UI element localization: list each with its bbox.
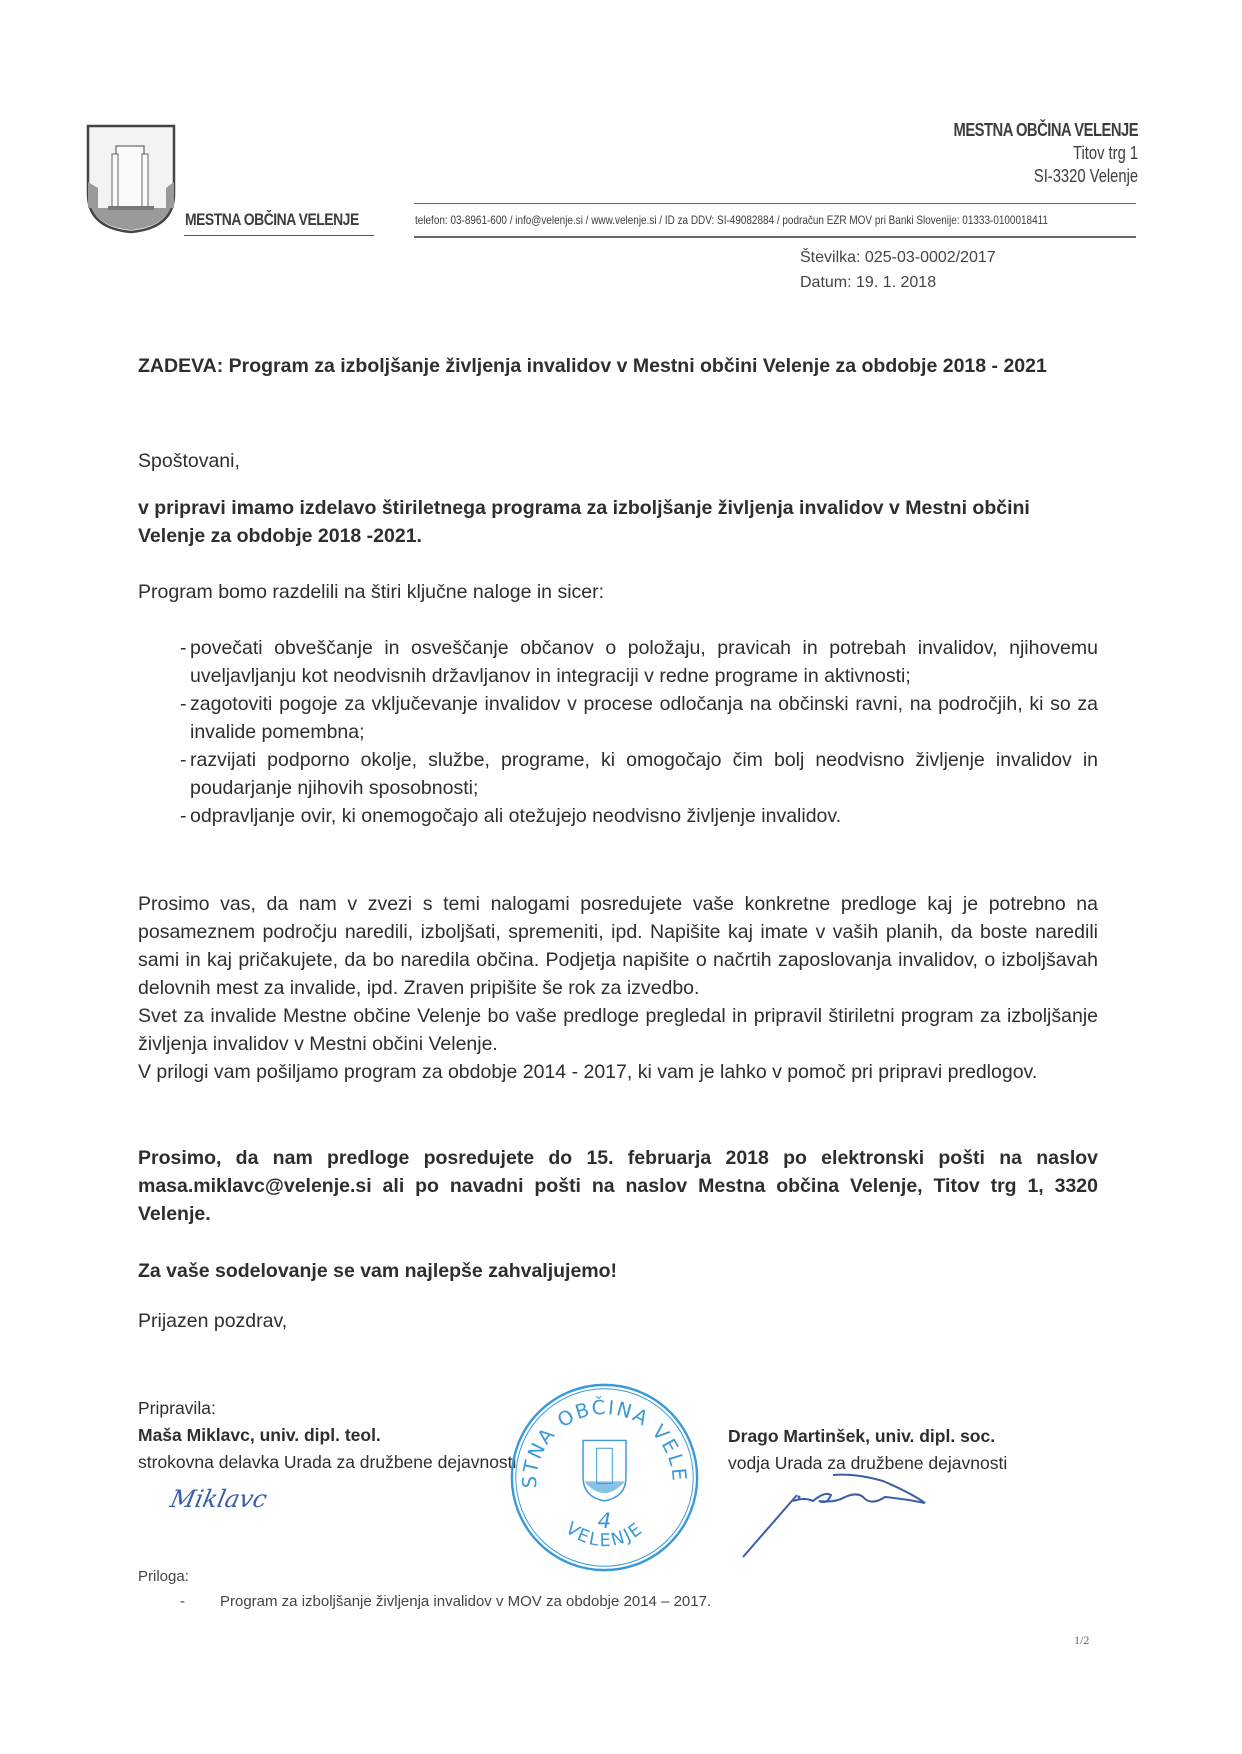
attachment-label: Priloga: [138, 1568, 189, 1585]
subject-line: ZADEVA: Program za izboljšanje življenja… [138, 352, 1098, 380]
list-item: - razvijati podporno okolje, službe, pro… [138, 746, 1098, 802]
list-item: - zagotoviti pogoje za vključevanje inva… [138, 690, 1098, 746]
signatory-name: Drago Martinšek, univ. dipl. soc. [728, 1423, 1007, 1450]
bullet-dash: - [138, 690, 190, 746]
address-line-2: SI-3320 Velenje [953, 166, 1138, 187]
request-block: Prosimo vas, da nam v zvezi s temi nalog… [138, 890, 1098, 1086]
intro-paragraph: v pripravi imamo izdelavo štiriletnega p… [138, 494, 1098, 550]
address-line-1: Titov trg 1 [953, 143, 1138, 164]
svg-text:4: 4 [598, 1509, 612, 1534]
handwritten-signature-icon: Miklavc [168, 1475, 298, 1525]
task-list: - povečati obveščanje in osveščanje obča… [138, 634, 1098, 830]
bullet-dash: - [138, 802, 190, 830]
reference-date: Datum: 19. 1. 2018 [800, 270, 996, 295]
request-paragraph: V prilogi vam pošiljamo program za obdob… [138, 1058, 1098, 1086]
contact-line: telefon: 03-8961-600 / info@velenje.si /… [415, 213, 1048, 227]
reference-number: Številka: 025-03-0002/2017 [800, 245, 996, 270]
salutation: Spoštovani, [138, 447, 1098, 475]
tasks-intro: Program bomo razdelili na štiri ključne … [138, 578, 1098, 606]
deadline-paragraph: Prosimo, da nam predloge posredujete do … [138, 1144, 1098, 1228]
thanks-line: Za vaše sodelovanje se vam najlepše zahv… [138, 1257, 1098, 1285]
official-stamp-icon: MESTNA OBČINA VELENJE VELENJE 4 [507, 1380, 702, 1575]
request-paragraph: Prosimo vas, da nam v zvezi s temi nalog… [138, 890, 1098, 1002]
coat-of-arms-icon [86, 124, 176, 234]
signatory-role: strokovna delavka Urada za družbene deja… [138, 1449, 516, 1476]
bullet-dash: - [138, 746, 190, 802]
attachment-item: - Program za izboljšanje življenja inval… [180, 1593, 711, 1610]
bullet-dash: - [180, 1593, 220, 1610]
svg-text:MESTNA OBČINA VELENJE: MESTNA OBČINA VELENJE [507, 1380, 691, 1488]
closing-greeting: Prijazen pozdrav, [138, 1307, 1098, 1335]
request-paragraph: Svet za invalide Mestne občine Velenje b… [138, 1002, 1098, 1058]
prepared-by-label: Pripravila: [138, 1395, 516, 1422]
org-address-block: MESTNA OBČINA VELENJE Titov trg 1 SI-332… [913, 120, 1138, 187]
signatory-left: Pripravila: Maša Miklavc, univ. dipl. te… [138, 1395, 516, 1476]
divider [184, 235, 374, 236]
handwritten-signature-icon [735, 1465, 935, 1565]
bullet-dash: - [138, 634, 190, 690]
org-name-left: MESTNA OBČINA VELENJE [185, 210, 359, 230]
list-item: - povečati obveščanje in osveščanje obča… [138, 634, 1098, 690]
list-item: - odpravljanje ovir, ki onemogočajo ali … [138, 802, 1098, 830]
divider [414, 203, 1136, 204]
page-number: 1/2 [1074, 1633, 1089, 1648]
signatory-name: Maša Miklavc, univ. dipl. teol. [138, 1422, 516, 1449]
reference-block: Številka: 025-03-0002/2017 Datum: 19. 1.… [800, 245, 996, 295]
divider [414, 236, 1136, 238]
org-name-right: MESTNA OBČINA VELENJE [953, 120, 1138, 141]
svg-text:Miklavc: Miklavc [168, 1484, 270, 1513]
